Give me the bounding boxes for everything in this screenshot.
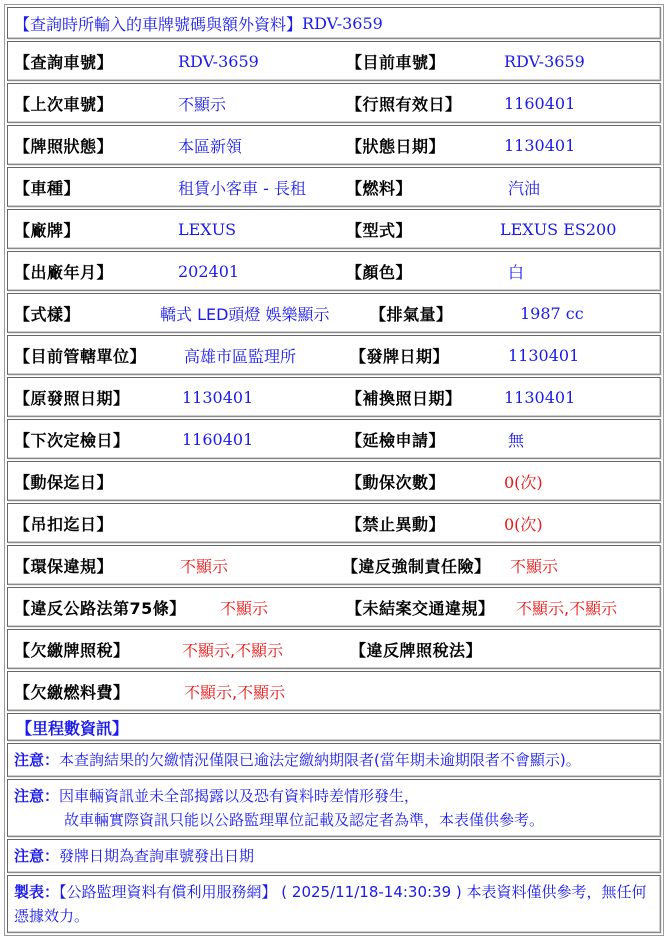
label-issue-date: 【發牌日期】 xyxy=(350,336,449,374)
value-transfer-prohibited: 0(次) xyxy=(504,504,543,542)
table-row: 【廠牌】 LEXUS 【型式】 LEXUS ES200 xyxy=(7,209,661,249)
report-title: 【查詢時所輸入的車牌號碼與額外資料】 xyxy=(14,12,302,35)
value-previous-plate: 不顯示 xyxy=(178,84,226,122)
label-original-license-date: 【原發照日期】 xyxy=(14,378,130,416)
label-brand: 【廠牌】 xyxy=(14,210,80,248)
report-header: 【查詢時所輸入的車牌號碼與額外資料】 RDV-3659 xyxy=(7,7,661,39)
note-text: 發牌日期為查詢車號發出日期 xyxy=(59,847,254,865)
value-body-style: 轎式 LED頭燈 娛樂顯示 xyxy=(160,294,330,332)
value-current-plate: RDV-3659 xyxy=(504,42,585,80)
value-chattel-mortgage-count: 0(次) xyxy=(504,462,543,500)
table-row: 【吊扣迄日】 【禁止異動】 0(次) xyxy=(7,503,661,543)
note-text-line1: 因車輛資訊並未全部揭露以及恐有資料時差情形發生， xyxy=(59,787,419,805)
label-license-valid-date: 【行照有效日】 xyxy=(346,84,462,122)
value-inspection-extension: 無 xyxy=(508,420,524,458)
value-vehicle-type: 租賃小客車 - 長租 xyxy=(178,168,306,206)
mileage-section-title: 【里程數資訊】 xyxy=(16,714,128,740)
value-plate-status: 本區新領 xyxy=(178,126,242,164)
label-unpaid-fuel-fee: 【欠繳燃料費】 xyxy=(14,672,130,710)
value-color: 白 xyxy=(508,252,524,290)
label-body-style: 【式樣】 xyxy=(14,294,80,332)
note-text: 本查詢結果的欠繳情況僅限已逾法定繳納期限者(當年期未逾期限者不會顯示)。 xyxy=(59,751,581,769)
value-unpaid-fuel-fee: 不顯示,不顯示 xyxy=(184,672,285,710)
label-license-tax-violation: 【違反牌照稅法】 xyxy=(350,630,482,668)
label-chattel-mortgage-end: 【動保迄日】 xyxy=(14,462,113,500)
mileage-section: 【里程數資訊】 xyxy=(7,713,661,741)
label-vehicle-type: 【車種】 xyxy=(14,168,80,206)
value-jurisdiction: 高雄市區監理所 xyxy=(184,336,296,374)
label-reissue-date: 【補換照日期】 xyxy=(346,378,462,416)
value-issue-date: 1130401 xyxy=(508,336,579,374)
label-model: 【型式】 xyxy=(346,210,412,248)
value-manufacture-date: 202401 xyxy=(178,252,239,290)
value-model: LEXUS ES200 xyxy=(500,210,616,248)
label-previous-plate: 【上次車號】 xyxy=(14,84,113,122)
label-current-plate: 【目前車號】 xyxy=(346,42,445,80)
label-insurance-violation: 【違反強制責任險】 xyxy=(342,546,491,584)
label-transfer-prohibited: 【禁止異動】 xyxy=(346,504,445,542)
value-highway-law-75: 不顯示 xyxy=(220,588,268,626)
label-displacement: 【排氣量】 xyxy=(370,294,453,332)
value-environmental-violation: 不顯示 xyxy=(180,546,228,584)
label-fuel: 【燃料】 xyxy=(346,168,412,206)
table-row: 【車種】 租賃小客車 - 長租 【燃料】 汽油 xyxy=(7,167,661,207)
query-plate: RDV-3659 xyxy=(302,14,383,33)
value-license-valid-date: 1160401 xyxy=(504,84,575,122)
note-label: 注意： xyxy=(14,847,59,865)
table-row: 【目前管轄單位】 高雄市區監理所 【發牌日期】 1130401 xyxy=(7,335,661,375)
note-text-line2: 故車輛實際資訊只能以公路監理單位記載及認定者為準，本表僅供參考。 xyxy=(14,808,654,832)
value-reissue-date: 1130401 xyxy=(504,378,575,416)
table-row: 【式樣】 轎式 LED頭燈 娛樂顯示 【排氣量】 1987 cc xyxy=(7,293,661,333)
value-query-plate: RDV-3659 xyxy=(178,42,259,80)
label-manufacture-date: 【出廠年月】 xyxy=(14,252,113,290)
table-row: 【欠繳牌照稅】 不顯示,不顯示 【違反牌照稅法】 xyxy=(7,629,661,669)
label-suspension-end: 【吊扣迄日】 xyxy=(14,504,113,542)
label-environmental-violation: 【環保違規】 xyxy=(14,546,113,584)
table-row: 【原發照日期】 1130401 【補換照日期】 1130401 xyxy=(7,377,661,417)
value-original-license-date: 1130401 xyxy=(182,378,253,416)
table-row: 【欠繳燃料費】 不顯示,不顯示 xyxy=(7,671,661,711)
vehicle-report-table: 【查詢時所輸入的車牌號碼與額外資料】 RDV-3659 【查詢車號】 RDV-3… xyxy=(4,4,664,936)
value-brand: LEXUS xyxy=(178,210,236,248)
label-highway-law-75: 【違反公路法第75條】 xyxy=(14,588,186,626)
label-inspection-extension: 【延檢申請】 xyxy=(346,420,445,458)
table-row: 【環保違規】 不顯示 【違反強制責任險】 不顯示 xyxy=(7,545,661,585)
value-insurance-violation: 不顯示 xyxy=(510,546,558,584)
note-arrears: 注意：本查詢結果的欠繳情況僅限已逾法定繳納期限者(當年期未逾期限者不會顯示)。 xyxy=(7,743,661,777)
label-query-plate: 【查詢車號】 xyxy=(14,42,113,80)
table-row: 【下次定檢日】 1160401 【延檢申請】 無 xyxy=(7,419,661,459)
table-row: 【出廠年月】 202401 【顏色】 白 xyxy=(7,251,661,291)
footer-text: 【公路監理資料有償利用服務網】 ( 2025/11/18-14:30:39 ) … xyxy=(14,883,647,925)
value-unpaid-license-tax: 不顯示,不顯示 xyxy=(182,630,283,668)
label-unpaid-license-tax: 【欠繳牌照稅】 xyxy=(14,630,130,668)
table-row: 【違反公路法第75條】 不顯示 【未結案交通違規】 不顯示,不顯示 xyxy=(7,587,661,627)
value-fuel: 汽油 xyxy=(508,168,540,206)
label-color: 【顏色】 xyxy=(346,252,412,290)
note-disclaimer: 注意：因車輛資訊並未全部揭露以及恐有資料時差情形發生， 故車輛實際資訊只能以公路… xyxy=(7,779,661,837)
footer-label: 製表： xyxy=(14,883,59,901)
label-plate-status: 【牌照狀態】 xyxy=(14,126,113,164)
label-chattel-mortgage-count: 【動保次數】 xyxy=(346,462,445,500)
value-unsettled-traffic-violation: 不顯示,不顯示 xyxy=(516,588,617,626)
label-next-inspection: 【下次定檢日】 xyxy=(14,420,130,458)
note-label: 注意： xyxy=(14,751,59,769)
table-row: 【查詢車號】 RDV-3659 【目前車號】 RDV-3659 xyxy=(7,41,661,81)
value-displacement: 1987 cc xyxy=(520,294,584,332)
table-row: 【動保迄日】 【動保次數】 0(次) xyxy=(7,461,661,501)
report-footer: 製表：【公路監理資料有償利用服務網】 ( 2025/11/18-14:30:39… xyxy=(7,875,661,933)
table-row: 【牌照狀態】 本區新領 【狀態日期】 1130401 xyxy=(7,125,661,165)
label-jurisdiction: 【目前管轄單位】 xyxy=(14,336,146,374)
label-unsettled-traffic-violation: 【未結案交通違規】 xyxy=(346,588,495,626)
value-status-date: 1130401 xyxy=(504,126,575,164)
note-issue-date: 注意：發牌日期為查詢車號發出日期 xyxy=(7,839,661,873)
note-label: 注意： xyxy=(14,787,59,805)
label-status-date: 【狀態日期】 xyxy=(346,126,445,164)
value-next-inspection: 1160401 xyxy=(182,420,253,458)
table-row: 【上次車號】 不顯示 【行照有效日】 1160401 xyxy=(7,83,661,123)
